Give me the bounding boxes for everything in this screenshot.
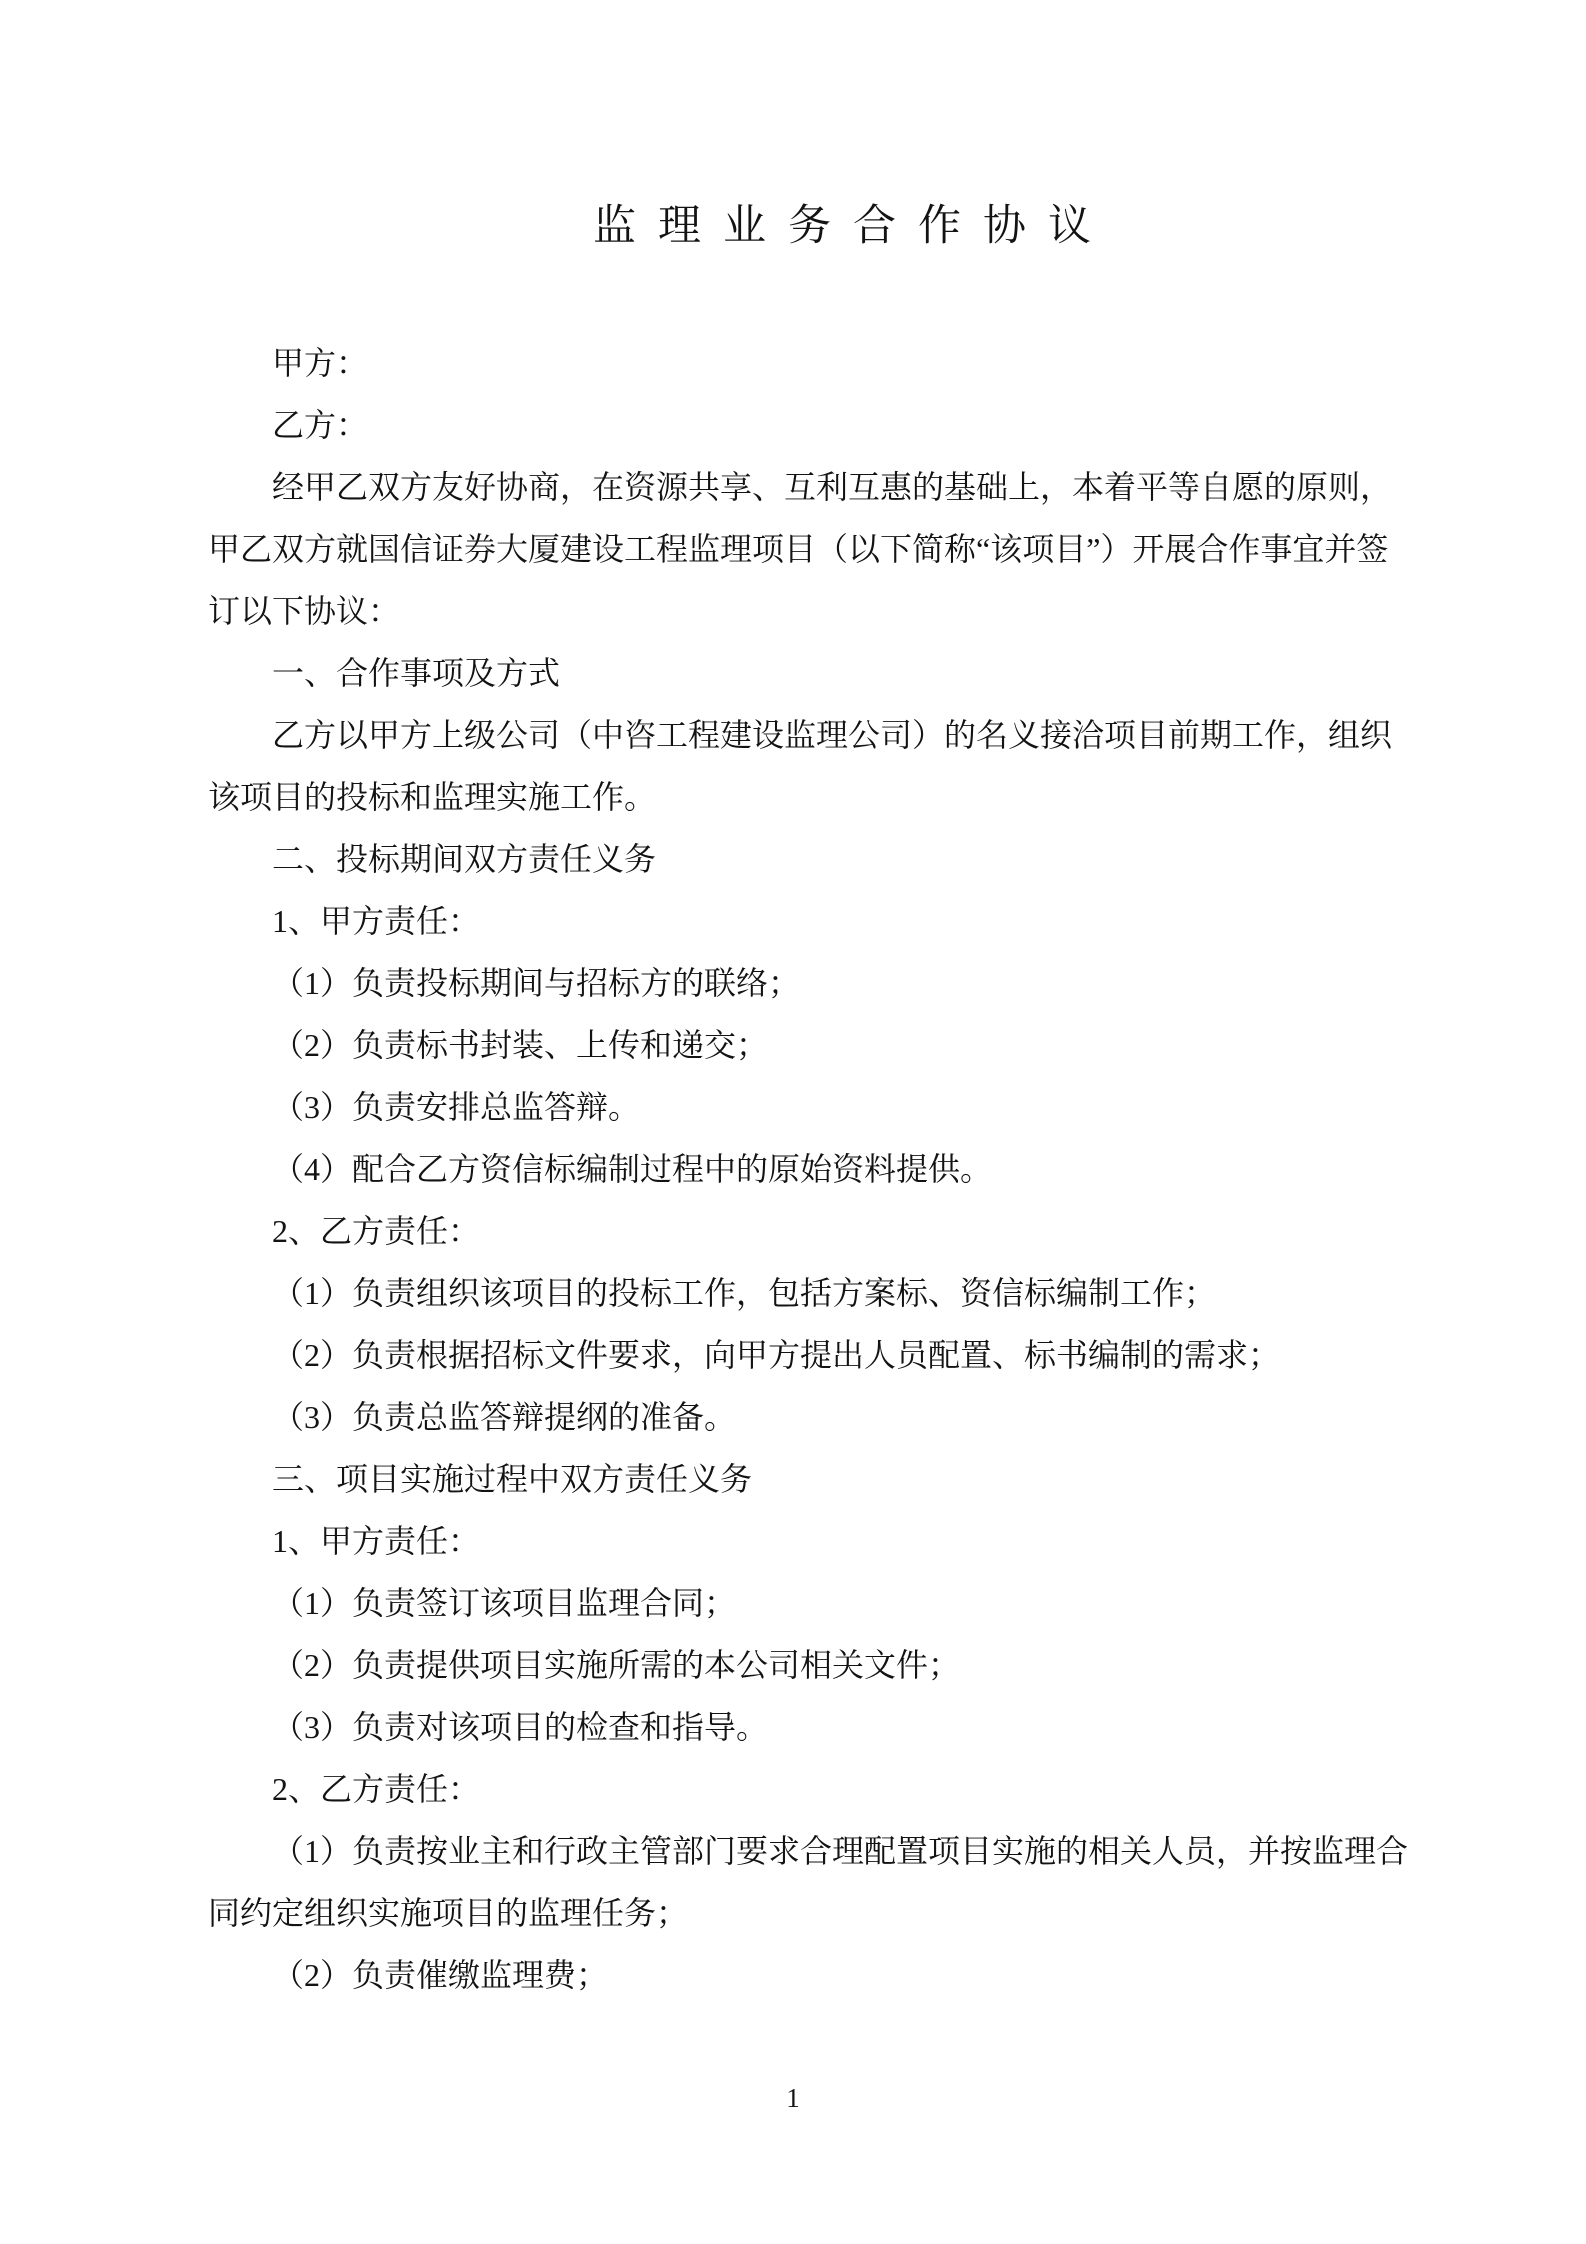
text-line: （1）负责组织该项目的投标工作，包括方案标、资信标编制工作； bbox=[208, 1262, 1408, 1324]
text-line: 甲乙双方就国信证券大厦建设工程监理项目（以下简称“该项目”）开展合作事宜并签 bbox=[208, 518, 1408, 580]
text-line: （2）负责根据招标文件要求，向甲方提出人员配置、标书编制的需求； bbox=[208, 1324, 1408, 1386]
text-line: （1）负责签订该项目监理合同； bbox=[208, 1572, 1408, 1634]
text-line: （2）负责提供项目实施所需的本公司相关文件； bbox=[208, 1634, 1408, 1696]
text-line: （4）配合乙方资信标编制过程中的原始资料提供。 bbox=[208, 1138, 1408, 1200]
text-line: （1）负责按业主和行政主管部门要求合理配置项目实施的相关人员，并按监理合 bbox=[208, 1820, 1408, 1882]
text-line: 2、乙方责任： bbox=[208, 1758, 1408, 1820]
text-line: 同约定组织实施项目的监理任务； bbox=[208, 1882, 1408, 1944]
text-line: （3）负责对该项目的检查和指导。 bbox=[208, 1696, 1408, 1758]
document-title: 监理业务合作协议 bbox=[0, 196, 1586, 258]
text-line: （2）负责催缴监理费； bbox=[208, 1944, 1408, 2006]
page-number: 1 bbox=[0, 2083, 1586, 2113]
text-line: 一、合作事项及方式 bbox=[208, 642, 1408, 704]
text-line: 1、甲方责任： bbox=[208, 890, 1408, 952]
text-line: 2、乙方责任： bbox=[208, 1200, 1408, 1262]
text-line: 经甲乙双方友好协商，在资源共享、互利互惠的基础上，本着平等自愿的原则， bbox=[208, 456, 1408, 518]
text-line: 1、甲方责任： bbox=[208, 1510, 1408, 1572]
text-line: 二、投标期间双方责任义务 bbox=[208, 828, 1408, 890]
text-line: （1）负责投标期间与招标方的联络； bbox=[208, 952, 1408, 1014]
body-text: 甲方：乙方：经甲乙双方友好协商，在资源共享、互利互惠的基础上，本着平等自愿的原则… bbox=[208, 332, 1408, 2006]
text-line: 订以下协议： bbox=[208, 580, 1408, 642]
text-line: （2）负责标书封装、上传和递交； bbox=[208, 1014, 1408, 1076]
text-line: 该项目的投标和监理实施工作。 bbox=[208, 766, 1408, 828]
text-line: （3）负责总监答辩提纲的准备。 bbox=[208, 1386, 1408, 1448]
text-line: 乙方： bbox=[208, 394, 1408, 456]
text-line: 甲方： bbox=[208, 332, 1408, 394]
text-line: 乙方以甲方上级公司（中咨工程建设监理公司）的名义接洽项目前期工作，组织 bbox=[208, 704, 1408, 766]
document-page: 监理业务合作协议 甲方：乙方：经甲乙双方友好协商，在资源共享、互利互惠的基础上，… bbox=[0, 0, 1586, 2244]
text-line: 三、项目实施过程中双方责任义务 bbox=[208, 1448, 1408, 1510]
text-line: （3）负责安排总监答辩。 bbox=[208, 1076, 1408, 1138]
